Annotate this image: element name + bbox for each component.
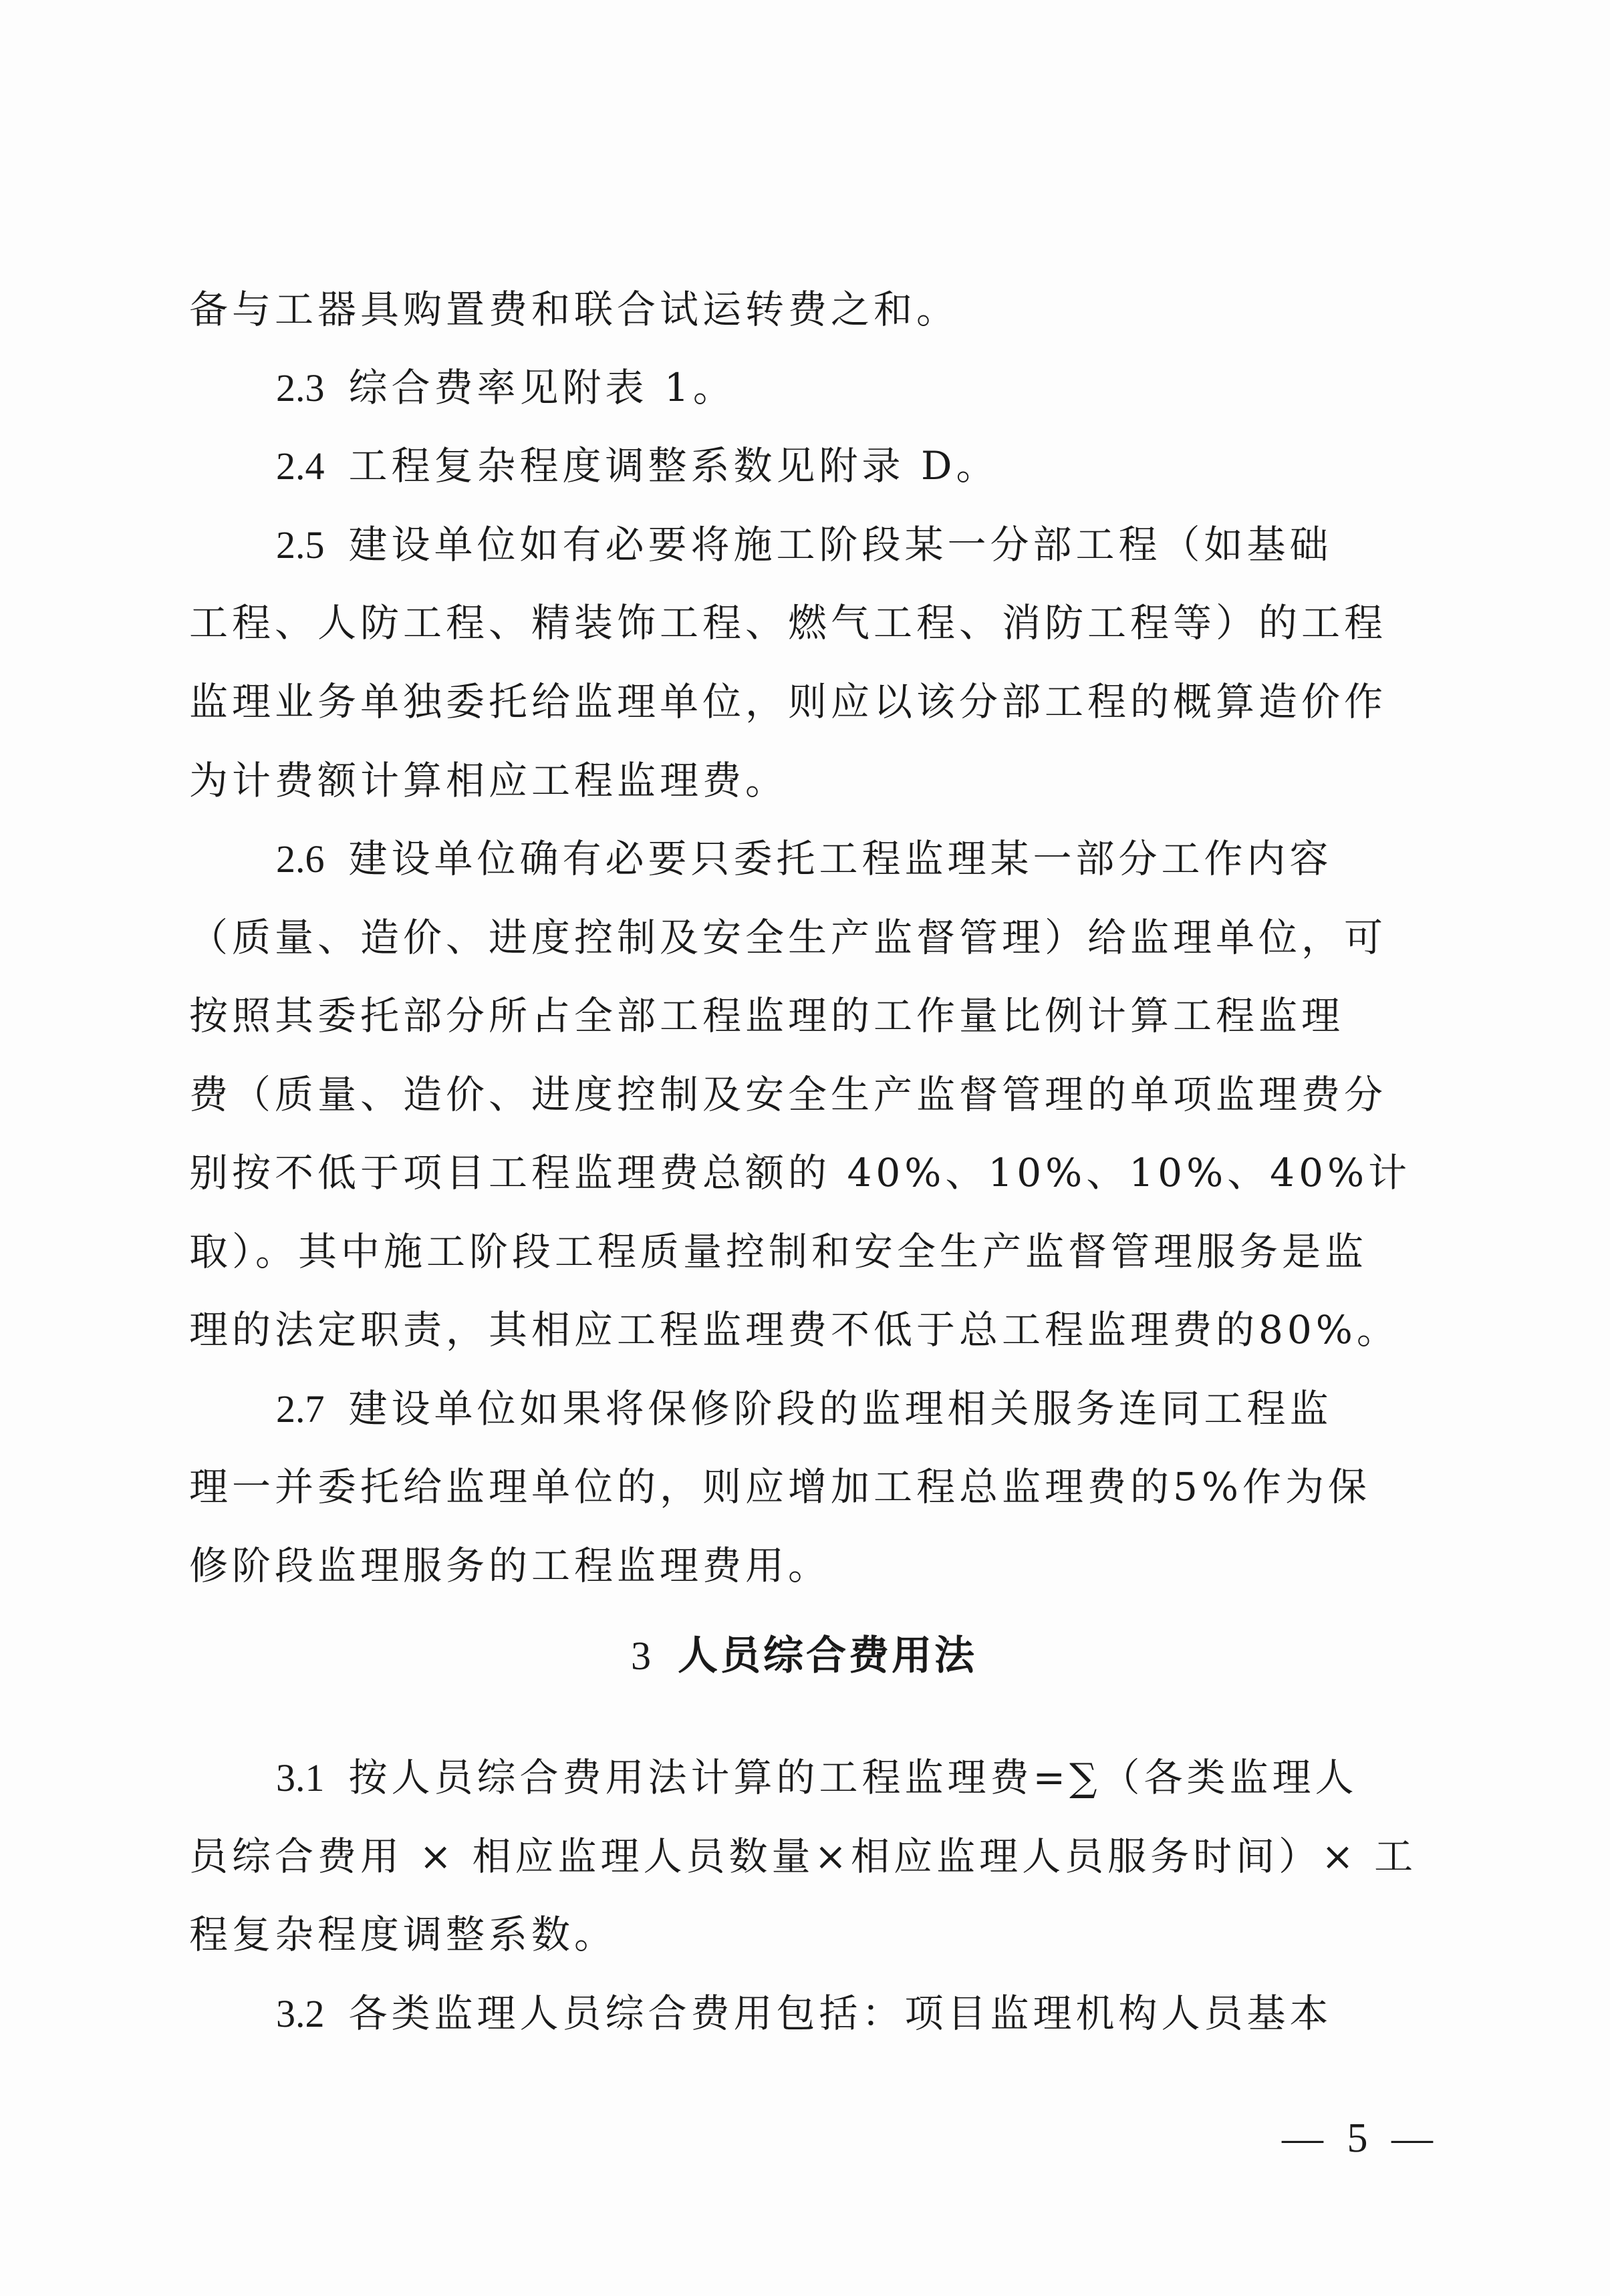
clause-2-7: 2.7建设单位如果将保修阶段的监理相关服务连同工程监 <box>276 1382 1333 1435</box>
text-line: 备与工器具购置费和联合试运转费之和。 <box>189 283 959 336</box>
text-line: 别按不低于项目工程监理费总额的 40%、10%、10%、40%计 <box>189 1146 1411 1199</box>
clause-number: 2.4 <box>276 440 325 493</box>
clause-text: 各类监理人员综合费用包括：项目监理机构人员基本 <box>349 1991 1333 2036</box>
text-line: 监理业务单独委托给监理单位，则应以该分部工程的概算造价作 <box>189 675 1387 728</box>
line-text: 备与工器具购置费和联合试运转费之和。 <box>189 287 959 332</box>
clause-number: 2.6 <box>276 833 325 886</box>
document-page: 备与工器具购置费和联合试运转费之和。 2.3综合费率见附表 1。 2.4工程复杂… <box>0 0 1610 2296</box>
line-text: 费（质量、造价、进度控制及安全生产监督管理的单项监理费分 <box>189 1072 1387 1117</box>
text-line: 程复杂程度调整系数。 <box>189 1908 617 1961</box>
clause-number: 2.5 <box>276 519 325 572</box>
text-line: 修阶段监理服务的工程监理费用。 <box>189 1539 831 1592</box>
line-text: 工程、人防工程、精装饰工程、燃气工程、消防工程等）的工程 <box>189 600 1387 645</box>
text-line: 员综合费用 × 相应监理人员数量×相应监理人员服务时间）× 工 <box>189 1830 1417 1883</box>
clause-3-1: 3.1按人员综合费用法计算的工程监理费=∑（各类监理人 <box>276 1751 1358 1804</box>
text-line: （质量、造价、进度控制及安全生产监督管理）给监理单位，可 <box>189 911 1387 964</box>
clause-text: 建设单位如果将保修阶段的监理相关服务连同工程监 <box>349 1386 1333 1431</box>
line-text: （质量、造价、进度控制及安全生产监督管理）给监理单位，可 <box>189 915 1387 960</box>
line-text: 为计费额计算相应工程监理费。 <box>189 758 788 803</box>
text-line: 理的法定职责，其相应工程监理费不低于总工程监理费的80%。 <box>189 1303 1399 1356</box>
section-number: 3 <box>631 1629 651 1683</box>
line-text: 取）。其中施工阶段工程质量控制和安全生产监督管理服务是监 <box>189 1229 1367 1274</box>
clause-number: 3.2 <box>276 1987 325 2041</box>
section-heading: 3人员综合费用法 <box>189 1629 1419 1683</box>
text-line: 费（质量、造价、进度控制及安全生产监督管理的单项监理费分 <box>189 1068 1387 1121</box>
text-line: 工程、人防工程、精装饰工程、燃气工程、消防工程等）的工程 <box>189 596 1387 650</box>
line-text: 员综合费用 × 相应监理人员数量×相应监理人员服务时间）× 工 <box>189 1834 1417 1879</box>
clause-text: 建设单位如有必要将施工阶段某一分部工程（如基础 <box>349 522 1333 567</box>
line-text: 按照其委托部分所占全部工程监理的工作量比例计算工程监理 <box>189 993 1344 1038</box>
clause-2-6: 2.6建设单位确有必要只委托工程监理某一部分工作内容 <box>276 832 1333 885</box>
clause-2-4: 2.4工程复杂程度调整系数见附录 D。 <box>276 439 998 492</box>
clause-2-3: 2.3综合费率见附表 1。 <box>276 361 736 414</box>
clause-3-2: 3.2各类监理人员综合费用包括：项目监理机构人员基本 <box>276 1987 1333 2040</box>
line-text: 程复杂程度调整系数。 <box>189 1912 617 1957</box>
clause-number: 3.1 <box>276 1751 325 1805</box>
line-text: 理的法定职责，其相应工程监理费不低于总工程监理费的80%。 <box>189 1307 1399 1352</box>
line-text: 理一并委托给监理单位的，则应增加工程总监理费的5%作为保 <box>189 1464 1371 1510</box>
section-title: 人员综合费用法 <box>678 1632 977 1679</box>
clause-number: 2.3 <box>276 362 325 415</box>
line-text: 别按不低于项目工程监理费总额的 40%、10%、10%、40%计 <box>189 1150 1411 1195</box>
clause-number: 2.7 <box>276 1383 325 1436</box>
clause-2-5: 2.5建设单位如有必要将施工阶段某一分部工程（如基础 <box>276 518 1333 571</box>
clause-text: 综合费率见附表 1。 <box>349 365 736 410</box>
clause-text: 建设单位确有必要只委托工程监理某一部分工作内容 <box>349 836 1333 881</box>
line-text: 监理业务单独委托给监理单位，则应以该分部工程的概算造价作 <box>189 679 1387 724</box>
clause-text: 工程复杂程度调整系数见附录 D。 <box>349 443 999 488</box>
text-line: 为计费额计算相应工程监理费。 <box>189 754 788 807</box>
text-line: 按照其委托部分所占全部工程监理的工作量比例计算工程监理 <box>189 989 1344 1042</box>
text-line: 取）。其中施工阶段工程质量控制和安全生产监督管理服务是监 <box>189 1225 1367 1278</box>
text-line: 理一并委托给监理单位的，则应增加工程总监理费的5%作为保 <box>189 1460 1371 1514</box>
clause-text: 按人员综合费用法计算的工程监理费=∑（各类监理人 <box>349 1755 1358 1800</box>
page-number: — 5 — <box>1282 2112 1440 2165</box>
line-text: 修阶段监理服务的工程监理费用。 <box>189 1543 831 1588</box>
